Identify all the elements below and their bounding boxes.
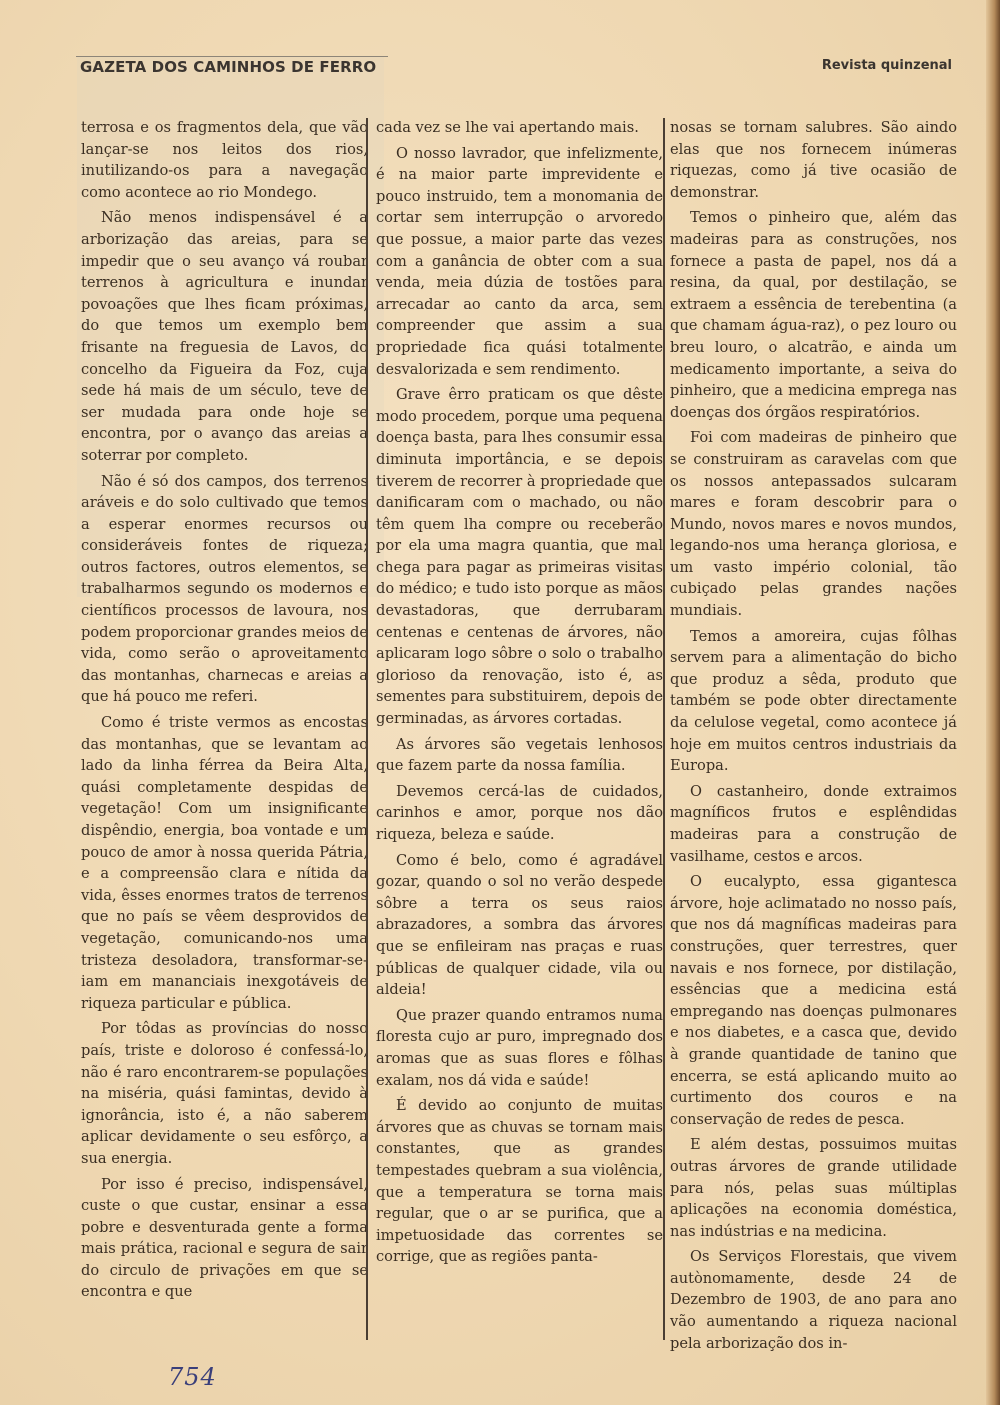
paragraph: E além destas, possuimos muitas outras á… (670, 1134, 957, 1242)
text-column-2: cada vez se lhe vai apertando mais. O no… (376, 117, 663, 1272)
paragraph: cada vez se lhe vai apertando mais. (376, 117, 663, 139)
paragraph: Por tôdas as províncias do nosso país, t… (81, 1018, 368, 1169)
paragraph: nosas se tornam salubres. São aindo elas… (670, 117, 957, 203)
paragraph: Por isso é preciso, indispensável, custe… (81, 1174, 368, 1304)
paragraph: Temos o pinheiro que, além das madeiras … (670, 207, 957, 423)
paragraph: Que prazer quando entramos numa floresta… (376, 1005, 663, 1091)
paragraph: É devido ao conjunto de muitas árvores q… (376, 1095, 663, 1268)
paragraph: Grave êrro praticam os que dêste modo pr… (376, 384, 663, 730)
column-divider (663, 118, 665, 1340)
paragraph: O castanheiro, donde extraimos magnífico… (670, 781, 957, 867)
paragraph: Não é só dos campos, dos terrenos arávei… (81, 471, 368, 709)
paragraph: Temos a amoreira, cujas fôlhas servem pa… (670, 626, 957, 777)
paragraph: O eucalypto, essa gigantesca árvore, hoj… (670, 871, 957, 1130)
page-edge-shadow (986, 0, 1000, 1405)
paragraph: Não menos indispensável é a arborização … (81, 207, 368, 466)
running-header: GAZETA DOS CAMINHOS DE FERRO Revista qui… (80, 58, 952, 80)
paragraph: Devemos cercá-las de cuidados, carinhos … (376, 781, 663, 846)
text-column-3: nosas se tornam salubres. São aindo elas… (670, 117, 957, 1358)
page-number: 754 (168, 1363, 217, 1391)
paragraph: Como é triste vermos as encostas das mon… (81, 712, 368, 1014)
publication-subtitle: Revista quinzenal (822, 58, 952, 73)
paragraph: O nosso lavrador, que infelizmente, é na… (376, 143, 663, 381)
paragraph: Foi com madeiras de pinheiro que se cons… (670, 427, 957, 621)
paragraph: terrosa e os fragmentos dela, que vão la… (81, 117, 368, 203)
header-rule (76, 56, 388, 57)
column-divider (366, 118, 368, 1340)
magazine-page: GAZETA DOS CAMINHOS DE FERRO Revista qui… (0, 0, 1000, 1405)
paragraph: Como é belo, como é agradável gozar, qua… (376, 850, 663, 1001)
publication-title: GAZETA DOS CAMINHOS DE FERRO (80, 58, 376, 76)
paragraph: As árvores são vegetais lenhosos que faz… (376, 734, 663, 777)
paragraph: Os Serviços Florestais, que vivem autòno… (670, 1246, 957, 1354)
text-column-1: terrosa e os fragmentos dela, que vão la… (81, 117, 368, 1307)
